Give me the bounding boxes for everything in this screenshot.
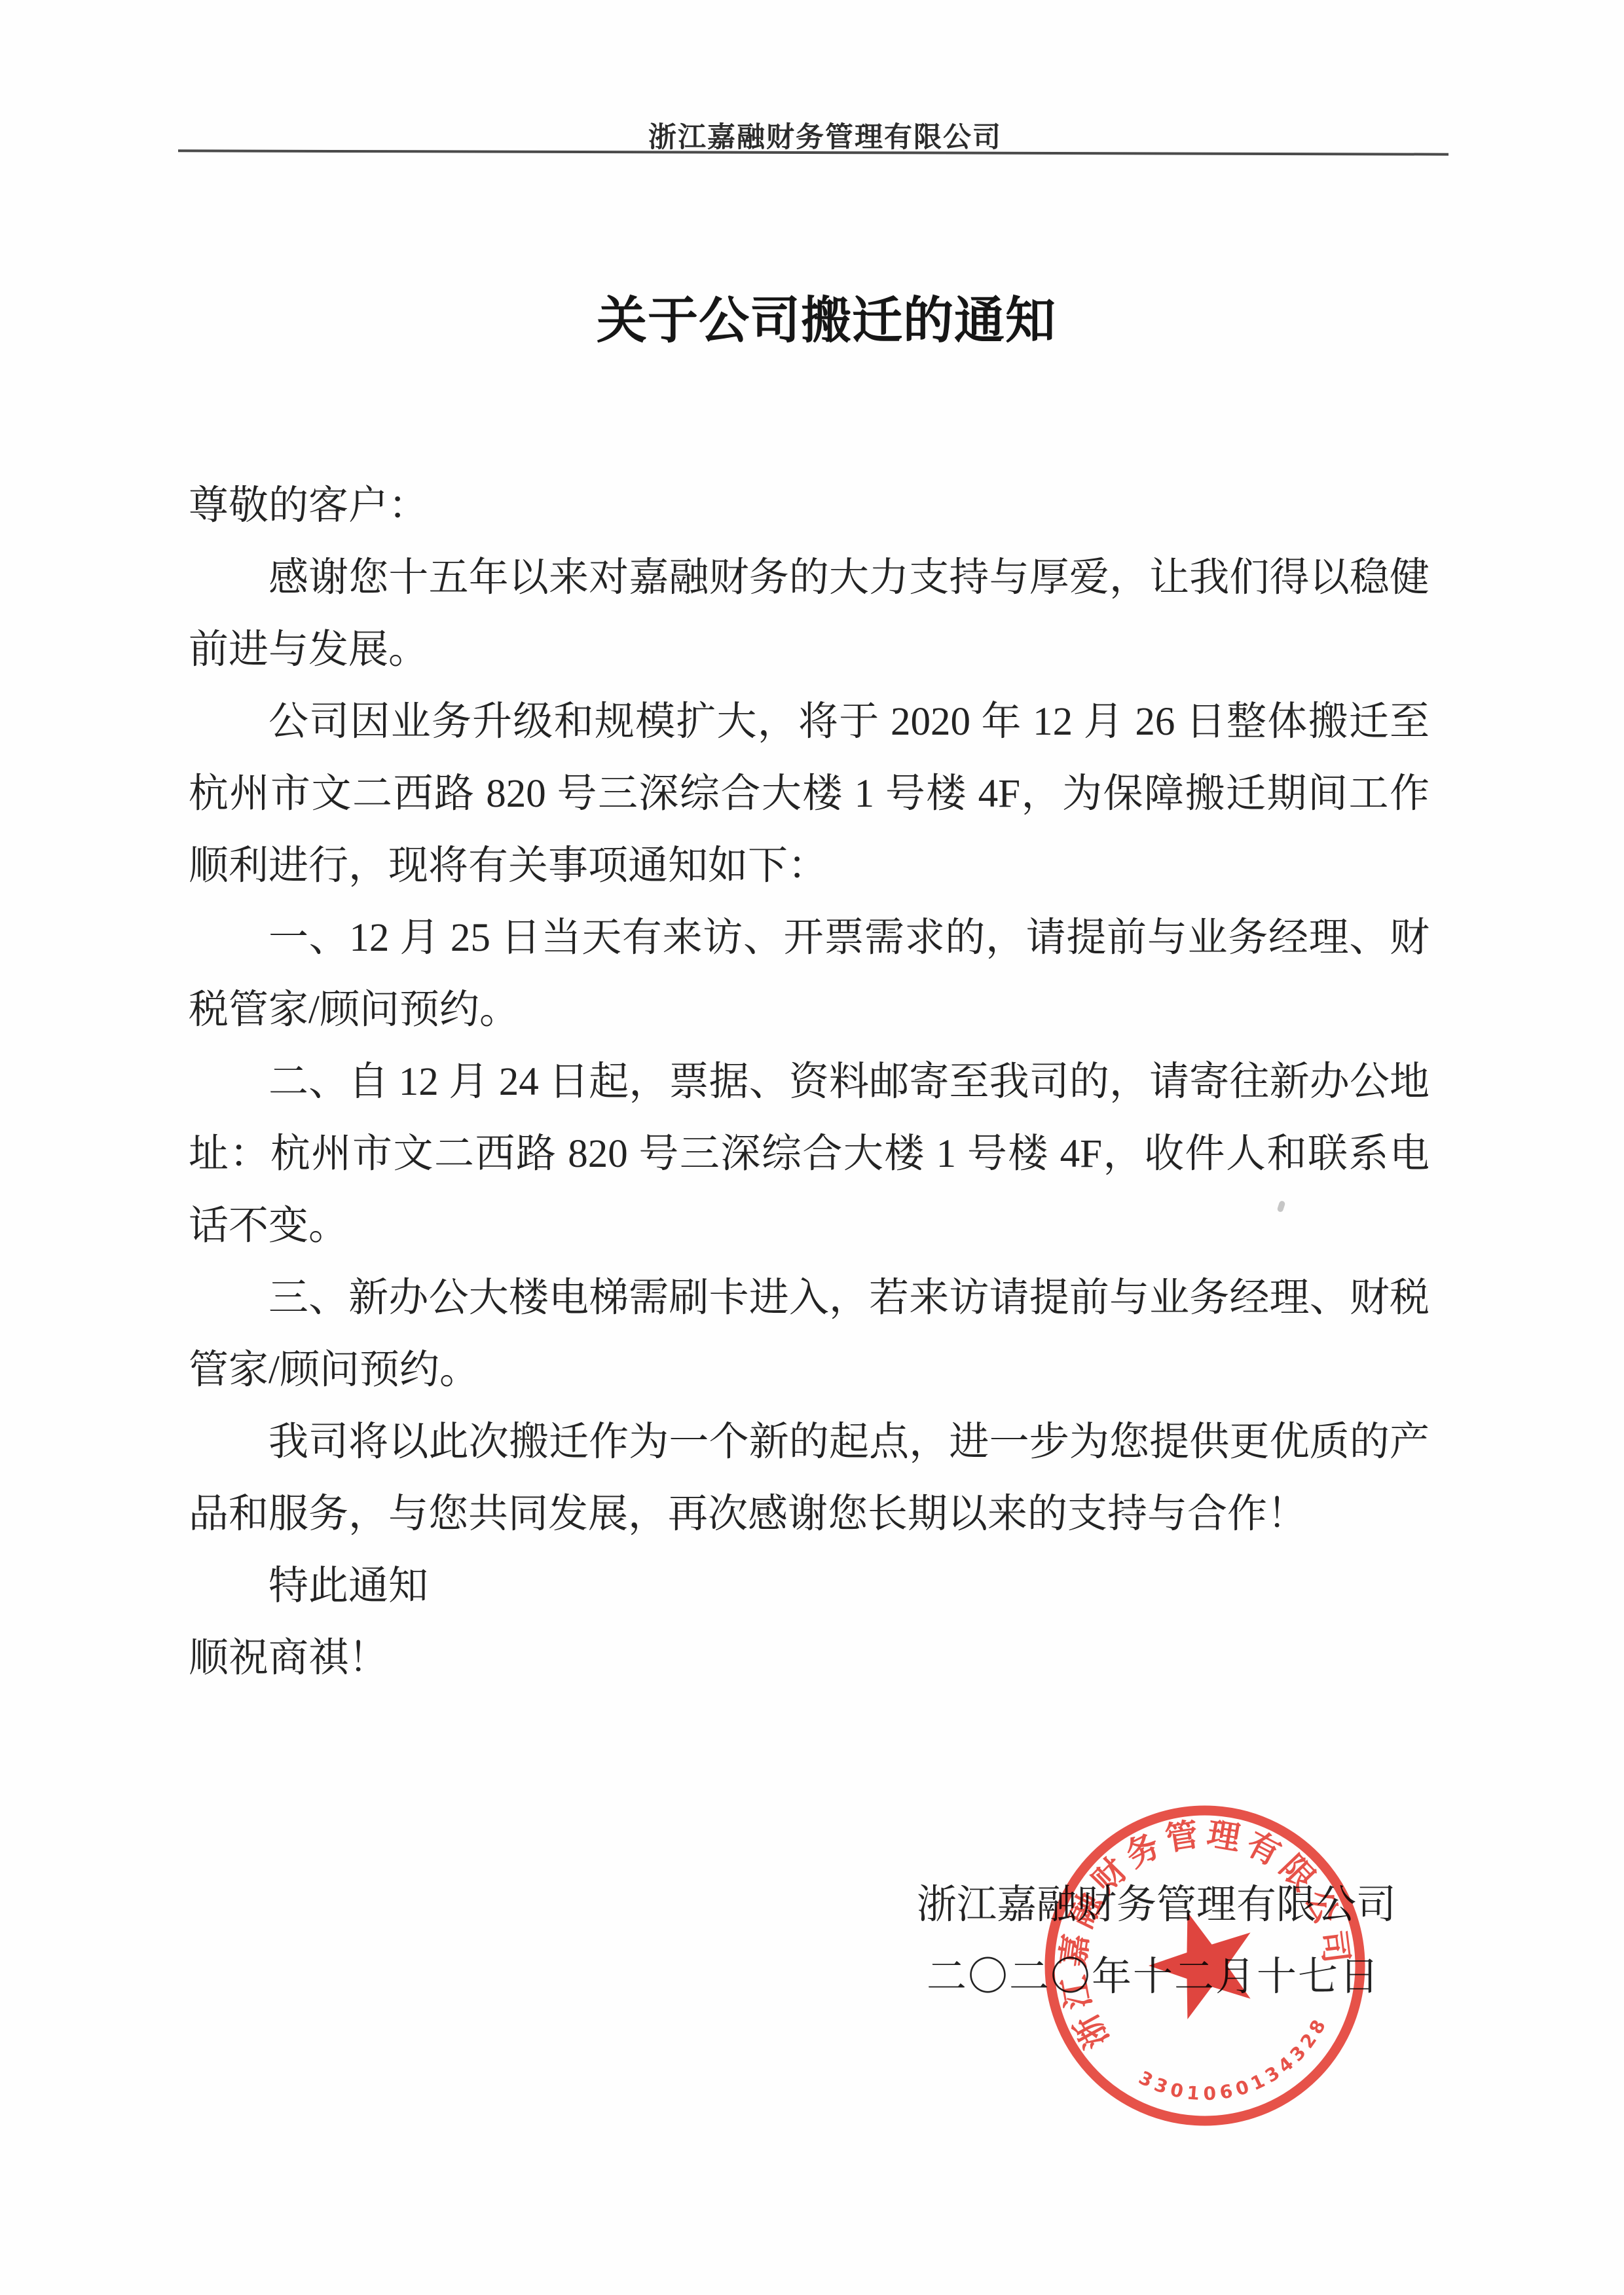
scanned-letter-page: 浙江嘉融财务管理有限公司 关于公司搬迁的通知 尊敬的客户： 感谢您十五年以来对嘉… (0, 0, 1624, 2295)
notice-title: 关于公司搬迁的通知 (14, 280, 1624, 353)
seal-star (1137, 1896, 1270, 2026)
paragraph: 我司将以此次搬迁作为一个新的起点，进一步为您提供更优质的产品和服务，与您共同发展… (189, 1406, 1430, 1551)
paragraph: 一、12 月 25 日当天有来访、开票需求的，请提前与业务经理、财税管家/顾问预… (189, 902, 1430, 1046)
company-seal-stamp: 浙江嘉融财务管理有限公司 3301060134328 (1035, 1795, 1375, 2136)
paragraph: 顺祝商祺！ (189, 1623, 1430, 1695)
paragraph: 三、新办公大楼电梯需刷卡进入，若来访请提前与业务经理、财税管家/顾问预约。 (189, 1262, 1430, 1406)
paragraph-list: 感谢您十五年以来对嘉融财务的大力支持与厚爱，让我们得以稳健前进与发展。公司因业务… (189, 542, 1430, 1695)
paragraph: 特此通知 (189, 1551, 1430, 1623)
seal-rotation-group: 浙江嘉融财务管理有限公司 3301060134328 (1035, 1795, 1375, 2136)
salutation: 尊敬的客户： (189, 470, 1430, 542)
paragraph: 公司因业务升级和规模扩大，将于 2020 年 12 月 26 日整体搬迁至杭州市… (189, 686, 1430, 902)
paragraph: 感谢您十五年以来对嘉融财务的大力支持与厚爱，让我们得以稳健前进与发展。 (189, 542, 1430, 686)
paragraph: 二、自 12 月 24 日起，票据、资料邮寄至我司的，请寄往新办公地址：杭州市文… (189, 1046, 1430, 1262)
letter-body: 尊敬的客户： 感谢您十五年以来对嘉融财务的大力支持与厚爱，让我们得以稳健前进与发… (189, 470, 1430, 1695)
